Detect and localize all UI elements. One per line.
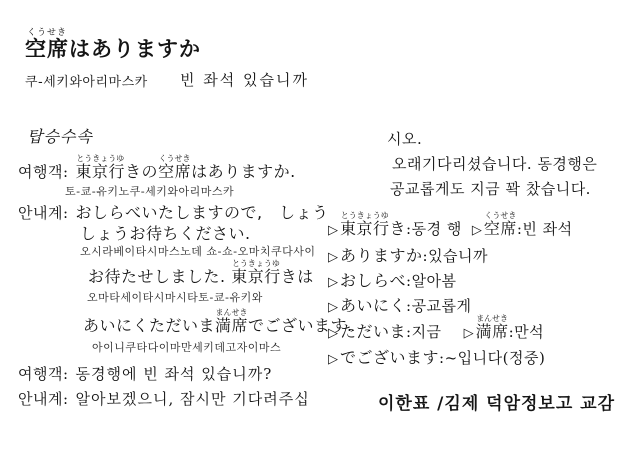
vocab-japanese: ただいま	[340, 322, 406, 341]
furigana-tokyoyu: とうきょうゆ	[340, 211, 390, 220]
textbook-page: 空席くうせきはありますか 쿠-세키와아리마스카 빈 좌석 있습니까 탑승수속 여…	[0, 0, 640, 453]
kana-segment: はありますか.	[191, 162, 296, 181]
vocab-row-3: ▷おしらべ:알아봄	[328, 271, 457, 293]
triangle-bullet-icon: ▷	[328, 300, 338, 315]
triangle-bullet-icon: ▷	[328, 275, 338, 290]
vocab-korean: :빈 좌석	[517, 220, 573, 238]
kana-segment: きは	[281, 267, 314, 286]
korean-continuation-1: 시오.	[387, 130, 422, 149]
vocab-row-2: ▷ありますか:있습니까	[328, 246, 488, 268]
speaker-label-traveler: 여행객:	[18, 365, 69, 383]
japanese-sentence: おしらべいたしますので, しょう	[76, 203, 329, 222]
vocab-row-6: ▷でございます:~입니다(정중)	[328, 348, 545, 370]
speaker-label-clerk: 안내계:	[18, 390, 69, 408]
vocab-japanese: ありますか	[340, 246, 423, 265]
kanji-tokyo-yuki: 東京行とうきょうゆ	[231, 267, 281, 286]
furigana-tokyoyu: とうきょうゆ	[231, 259, 281, 268]
furigana-manseki: まんせき	[215, 308, 248, 317]
vocab-korean: :공교롭게	[406, 297, 472, 315]
vocab-japanese: 空席くうせき	[484, 219, 517, 238]
dialog-line-5: 여행객:동경행에 빈 좌석 있습니까?	[18, 364, 272, 385]
vocab-japanese: 東京行とうきょうゆき	[340, 219, 406, 238]
pronunciation-gloss-1: 토-쿄-유키노쿠-세키와아리마스카	[65, 186, 234, 198]
kanji-base: 空席	[484, 219, 517, 238]
vocab-korean: :~입니다(정중)	[439, 349, 545, 367]
kanji-base: 東京行	[340, 219, 390, 238]
kana-segment: あいにくただいま	[83, 316, 215, 335]
title-meaning: 빈 좌석 있습니까	[180, 69, 309, 90]
kanji-base: 満席	[476, 322, 509, 341]
dialog-line-3: お待たせしました. 東京行とうきょうゆきは	[88, 259, 314, 287]
korean-sentence: 알아보겠으니, 잠시만 기다려주십	[76, 390, 310, 408]
vocab-row-1: ▷東京行とうきょうゆき:동경 행▷空席くうせき:빈 좌석	[328, 211, 573, 241]
vocab-japanese: 満席まんせき	[476, 322, 509, 341]
triangle-bullet-icon: ▷	[328, 223, 338, 238]
kanji-kuseki: 空席くうせき	[158, 162, 191, 181]
kana-segment: き	[390, 219, 407, 238]
dialog-line-2: 안내계:おしらべいたしますので, しょう	[18, 203, 329, 224]
speaker-label-clerk: 안내계:	[18, 204, 69, 222]
title-furigana: くうせき	[25, 28, 69, 38]
vocab-japanese: あいにく	[340, 296, 406, 315]
pronunciation-gloss-2: 오시라베이타시마스노데 쇼-쇼-오마치쿠다사이	[80, 246, 315, 258]
furigana-manseki: まんせき	[476, 314, 509, 323]
kanji-kuseki: 空席くうせき	[484, 219, 517, 238]
vocab-japanese: おしらべ	[340, 271, 406, 290]
title-kana: はありますか	[69, 37, 201, 61]
furigana-tokyoyu: とうきょうゆ	[76, 154, 126, 163]
title-kanji-ruby: 空席くうせき	[25, 37, 69, 61]
furigana-kuseki: くうせき	[484, 211, 517, 220]
section-label: 탑승수속	[27, 124, 93, 147]
korean-sentence: 동경행에 빈 좌석 있습니까?	[76, 365, 273, 383]
vocab-korean: :만석	[509, 323, 545, 341]
kanji-manseki: 満席まんせき	[476, 322, 509, 341]
kanji-base: 満席	[215, 316, 248, 335]
vocab-item-5b: ▷満席まんせき:만석	[464, 324, 545, 341]
vocab-item-1b: ▷空席くうせき:빈 좌석	[472, 221, 573, 238]
triangle-bullet-icon: ▷	[328, 326, 338, 341]
kanji-manseki: 満席まんせき	[215, 316, 248, 335]
furigana-kuseki: くうせき	[158, 154, 191, 163]
triangle-bullet-icon: ▷	[328, 250, 338, 265]
dialog-line-2-continued: しょうお待ちください.	[80, 224, 251, 244]
kanji-tokyo-yuki: 東京行とうきょうゆ	[76, 162, 126, 181]
kana-segment: きの	[125, 162, 158, 181]
pronunciation-gloss-4: 아이니쿠타다이마만세키데고자이마스	[92, 342, 281, 354]
vocab-korean: :동경 행	[406, 220, 462, 238]
kana-segment: お待たせしました.	[88, 267, 231, 286]
speaker-label-traveler: 여행객:	[18, 163, 69, 181]
vocab-korean: :알아봄	[406, 272, 457, 290]
kanji-base: 空席	[158, 162, 191, 181]
title-pronunciation: 쿠-세키와아리마스카	[25, 71, 148, 90]
triangle-bullet-icon: ▷	[472, 223, 482, 238]
title-kanji: 空席	[25, 37, 69, 61]
vocab-row-5: ▷ただいま:지금▷満席まんせき:만석	[328, 314, 544, 344]
author-credit: 이한표 /김제 덕암정보고 교감	[378, 389, 615, 414]
kanji-base: 東京行	[231, 267, 281, 286]
kanji-base: 東京行	[76, 162, 126, 181]
vocab-japanese: でございます	[340, 348, 439, 367]
kanji-tokyo-yuki: 東京行とうきょうゆ	[340, 219, 390, 238]
japanese-sentence: 東京行とうきょうゆきの空席くうせきはありますか.	[76, 162, 296, 181]
dialog-line-4: あいにくただいま満席まんせきでございます.	[83, 308, 353, 336]
korean-continuation-3: 공교롭게도 지금 꽉 찼습니다.	[390, 180, 591, 199]
dialog-line-1: 여행객:東京行とうきょうゆきの空席くうせきはありますか.	[18, 154, 296, 183]
vocab-korean: :지금	[406, 323, 442, 341]
vocab-korean: :있습니까	[423, 247, 489, 265]
lesson-title: 空席くうせきはありますか	[25, 28, 201, 62]
dialog-line-6: 안내계:알아보겠으니, 잠시만 기다려주십	[18, 389, 310, 410]
korean-continuation-2: 오래기다리셨습니다. 동경행은	[392, 155, 597, 174]
triangle-bullet-icon: ▷	[464, 326, 474, 341]
pronunciation-gloss-3: 오마타세이타시마시타토-쿄-유키와	[87, 292, 263, 304]
triangle-bullet-icon: ▷	[328, 352, 338, 367]
